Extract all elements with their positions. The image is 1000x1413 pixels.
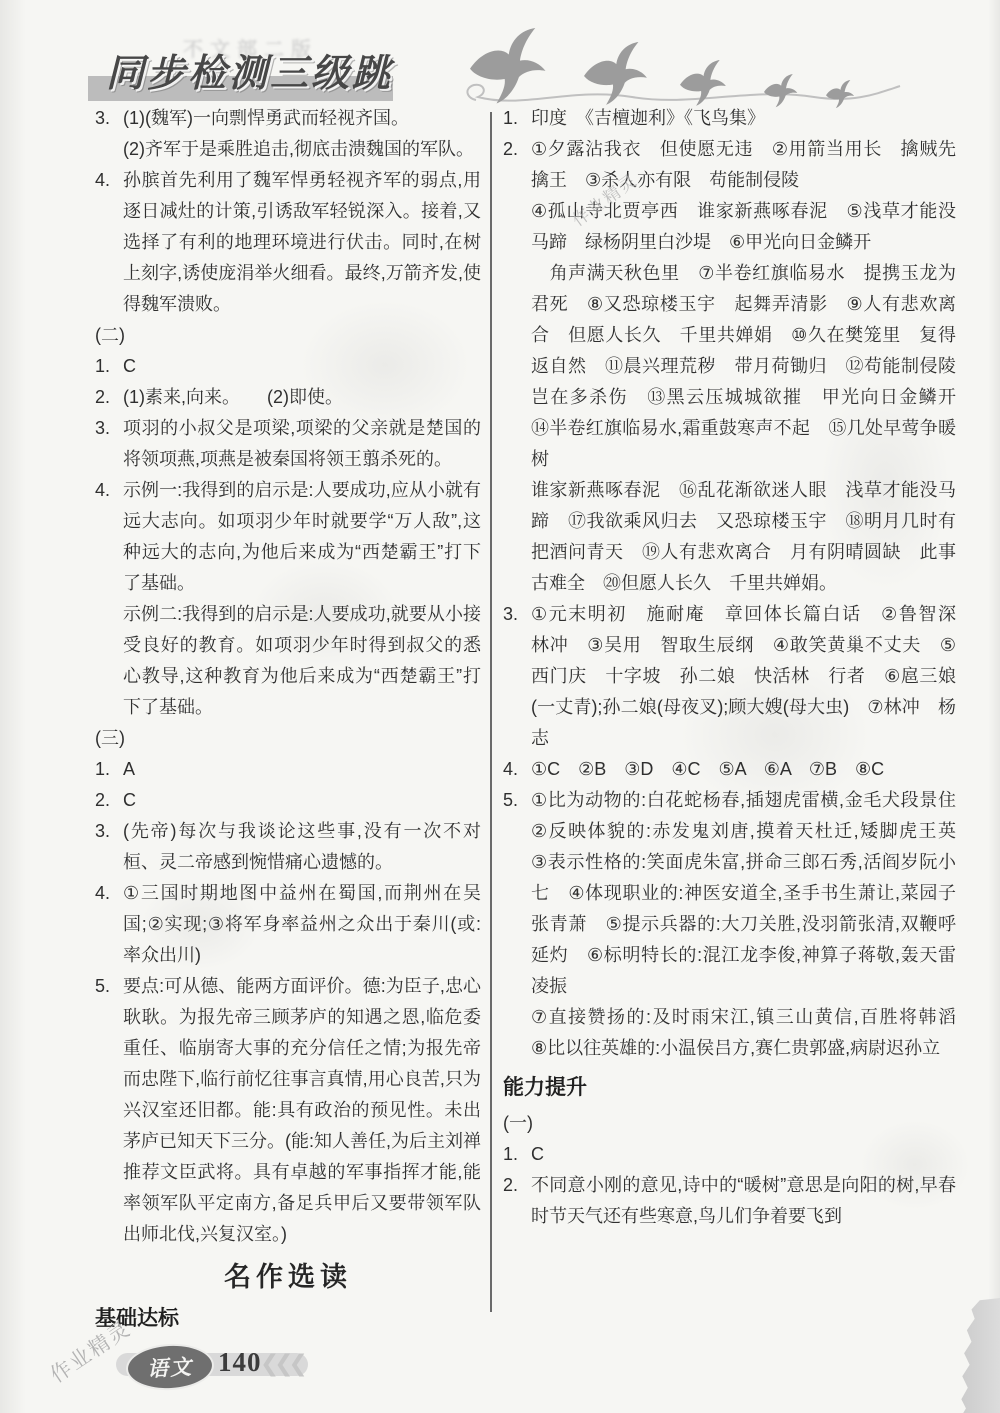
answer-body: A	[123, 754, 481, 785]
answer-body: 不同意小刚的意见,诗中的“暖树”意思是向阳的树,早春时节天气还有些寒意,鸟儿们争…	[531, 1170, 956, 1232]
answer-item: 1.C	[95, 351, 481, 382]
answer-item: 3.(先帝)每次与我谈论这些事,没有一次不对桓、灵二帝感到惋惜痛心遗憾的。	[95, 816, 481, 878]
item-number: 5.	[95, 971, 123, 1002]
answer-body: ①比为动物的:白花蛇杨春,插翅虎雷横,金毛犬段景住 ②反映体貌的:赤发鬼刘唐,摸…	[531, 785, 956, 1064]
answer-body: ①夕露沾我衣 但使愿无违 ②用箭当用长 擒贼先擒王 ③杀人亦有限 苟能制侵陵④孤…	[531, 134, 956, 599]
subsection-heading: 能力提升	[503, 1072, 956, 1103]
answer-text: C	[123, 785, 481, 816]
item-number: 4.	[95, 878, 123, 909]
item-number: 2.	[503, 134, 531, 165]
item-number: 3.	[95, 816, 123, 847]
answer-body: (1)素来,向来。 (2)即使。	[123, 382, 481, 413]
section-title: 名作选读	[95, 1262, 481, 1293]
answer-item: 3.(1)(魏军)一向剽悍勇武而轻视齐国。(2)齐军于是乘胜追击,彻底击溃魏国的…	[95, 103, 481, 165]
answer-text: 示例二:我得到的启示是:人要成功,就要从小接受良好的教育。如项羽少年时得到叔父的…	[123, 599, 481, 723]
column-divider	[490, 112, 492, 1312]
item-number: 4.	[95, 475, 123, 506]
item-number: 2.	[95, 382, 123, 413]
answer-item: 4.①三国时期地图中益州在蜀国,而荆州在吴国;②实现;③将军身率益州之众出于秦川…	[95, 878, 481, 971]
answer-item: 2.C	[95, 785, 481, 816]
answer-text: 项羽的小叔父是项梁,项梁的父亲就是楚国的将领项燕,项燕是被秦国将领王翦杀死的。	[123, 413, 481, 475]
workbook-answer-page: 不文部二版 同步检测三级跳 3.(1)(魏军)一向剽悍勇武而轻视齐国。(2)齐军…	[0, 0, 1000, 1413]
group-label: (二)	[95, 320, 481, 351]
answer-text: ①三国时期地图中益州在蜀国,而荆州在吴国;②实现;③将军身率益州之众出于秦川(或…	[123, 878, 481, 971]
answer-text: 要点:可从德、能两方面评价。德:为臣子,忠心耿耿。为报先帝三顾茅庐的知遇之恩,临…	[123, 971, 481, 1250]
group-label: (一)	[503, 1108, 956, 1139]
answer-item: 4.孙膑首先利用了魏军悍勇轻视齐军的弱点,用逐日减灶的计策,引诱敌军轻锐深入。接…	[95, 165, 481, 320]
answer-item: 3.①元末明初 施耐庵 章回体长篇白话 ②鲁智深 林冲 ③吴用 智取生辰纲 ④敢…	[503, 599, 956, 754]
answer-item: 3.项羽的小叔父是项梁,项梁的父亲就是楚国的将领项燕,项燕是被秦国将领王翦杀死的…	[95, 413, 481, 475]
answer-item: 2.①夕露沾我衣 但使愿无违 ②用箭当用长 擒贼先擒王 ③杀人亦有限 苟能制侵陵…	[503, 134, 956, 599]
chevrons-icon: ❮❮❮	[260, 1350, 303, 1377]
answer-body: 要点:可从德、能两方面评价。德:为臣子,忠心耿耿。为报先帝三顾茅庐的知遇之恩,临…	[123, 971, 481, 1250]
answer-text: C	[123, 351, 481, 382]
answer-item: 2.(1)素来,向来。 (2)即使。	[95, 382, 481, 413]
item-number: 5.	[503, 785, 531, 816]
answer-text: ①元末明初 施耐庵 章回体长篇白话 ②鲁智深 林冲 ③吴用 智取生辰纲 ④敢笑黄…	[531, 599, 956, 754]
answer-item: 5.①比为动物的:白花蛇杨春,插翅虎雷横,金毛犬段景住 ②反映体貌的:赤发鬼刘唐…	[503, 785, 956, 1064]
subject-badge-label: 语文	[146, 1351, 194, 1383]
answer-body: (1)(魏军)一向剽悍勇武而轻视齐国。(2)齐军于是乘胜追击,彻底击溃魏国的军队…	[123, 103, 481, 165]
answer-body: 示例一:我得到的启示是:人要成功,应从小就有远大志向。如项羽少年时就要学“万人敌…	[123, 475, 481, 723]
answer-body: 孙膑首先利用了魏军悍勇轻视齐军的弱点,用逐日减灶的计策,引诱敌军轻锐深入。接着,…	[123, 165, 481, 320]
answer-item: 1.A	[95, 754, 481, 785]
item-number: 2.	[503, 1170, 531, 1201]
page-number: 140	[218, 1347, 262, 1378]
subject-badge: 语文	[125, 1342, 215, 1393]
answer-text: (2)齐军于是乘胜追击,彻底击溃魏国的军队。	[123, 134, 481, 165]
answer-text: C	[531, 1139, 956, 1170]
answer-text: 孙膑首先利用了魏军悍勇轻视齐军的弱点,用逐日减灶的计策,引诱敌军轻锐深入。接着,…	[123, 165, 481, 320]
item-number: 3.	[95, 413, 123, 444]
answer-item: 5.要点:可从德、能两方面评价。德:为臣子,忠心耿耿。为报先帝三顾茅庐的知遇之恩…	[95, 971, 481, 1250]
item-number: 1.	[95, 351, 123, 382]
page-edge-shadow	[988, 0, 1000, 1413]
item-number: 4.	[95, 165, 123, 196]
left-column: 3.(1)(魏军)一向剽悍勇武而轻视齐国。(2)齐军于是乘胜追击,彻底击溃魏国的…	[95, 103, 481, 1339]
item-number: 1.	[95, 754, 123, 785]
answer-item: 2.不同意小刚的意见,诗中的“暖树”意思是向阳的树,早春时节天气还有些寒意,鸟儿…	[503, 1170, 956, 1232]
answer-body: (先帝)每次与我谈论这些事,没有一次不对桓、灵二帝感到惋惜痛心遗憾的。	[123, 816, 481, 878]
answer-text: 示例一:我得到的启示是:人要成功,应从小就有远大志向。如项羽少年时就要学“万人敌…	[123, 475, 481, 599]
page-title: 同步检测三级跳	[106, 42, 393, 97]
answer-text: ⑦直接赞扬的:及时雨宋江,镇三山黄信,百胜将韩滔 ⑧比以往英雄的:小温侯吕方,赛…	[531, 1002, 956, 1064]
answer-body: ①三国时期地图中益州在蜀国,而荆州在吴国;②实现;③将军身率益州之众出于秦川(或…	[123, 878, 481, 971]
answer-text: (1)(魏军)一向剽悍勇武而轻视齐国。	[123, 103, 481, 134]
binding-shadow	[0, 0, 26, 1413]
answer-body: C	[531, 1139, 956, 1170]
answer-text: (先帝)每次与我谈论这些事,没有一次不对桓、灵二帝感到惋惜痛心遗憾的。	[123, 816, 481, 878]
answer-text: (1)素来,向来。 (2)即使。	[123, 382, 481, 413]
answer-body: 项羽的小叔父是项梁,项梁的父亲就是楚国的将领项燕,项燕是被秦国将领王翦杀死的。	[123, 413, 481, 475]
answer-item: 4.示例一:我得到的启示是:人要成功,应从小就有远大志向。如项羽少年时就要学“万…	[95, 475, 481, 723]
answer-text: 不同意小刚的意见,诗中的“暖树”意思是向阳的树,早春时节天气还有些寒意,鸟儿们争…	[531, 1170, 956, 1232]
item-number: 2.	[95, 785, 123, 816]
answer-item: 4.①C ②B ③D ④C ⑤A ⑥A ⑦B ⑧C	[503, 754, 956, 785]
answer-text: ①比为动物的:白花蛇杨春,插翅虎雷横,金毛犬段景住 ②反映体貌的:赤发鬼刘唐,摸…	[531, 785, 956, 1002]
right-column: 1.印度 《吉檀迦利》《飞鸟集》2.①夕露沾我衣 但使愿无违 ②用箭当用长 擒贼…	[503, 103, 956, 1232]
answer-body: ①C ②B ③D ④C ⑤A ⑥A ⑦B ⑧C	[531, 754, 956, 785]
answer-text: ①夕露沾我衣 但使愿无违 ②用箭当用长 擒贼先擒王 ③杀人亦有限 苟能制侵陵	[531, 134, 956, 196]
flying-birds-decoration	[462, 22, 902, 118]
item-number: 3.	[503, 599, 531, 630]
answer-body: C	[123, 785, 481, 816]
subsection-heading: 基础达标	[95, 1303, 481, 1334]
answer-text: ④孤山寺北贾亭西 谁家新燕啄春泥 ⑤浅草才能没马蹄 绿杨阴里白沙堤 ⑥甲光向日金…	[531, 196, 956, 258]
item-number: 3.	[95, 103, 123, 134]
answer-text: A	[123, 754, 481, 785]
answer-text: 谁家新燕啄春泥 ⑯乱花渐欲迷人眼 浅草才能没马蹄 ⑰我欲乘风归去 又恐琼楼玉宇 …	[531, 475, 956, 599]
answer-body: ①元末明初 施耐庵 章回体长篇白话 ②鲁智深 林冲 ③吴用 智取生辰纲 ④敢笑黄…	[531, 599, 956, 754]
item-number: 4.	[503, 754, 531, 785]
answer-text: 角声满天秋色里 ⑦半卷红旗临易水 提携玉龙为君死 ⑧又恐琼楼玉宇 起舞弄清影 ⑨…	[531, 258, 956, 475]
item-number: 1.	[503, 1139, 531, 1170]
page-curl	[954, 1298, 1000, 1413]
answer-item: 1.C	[503, 1139, 956, 1170]
answer-body: C	[123, 351, 481, 382]
answer-text: ①C ②B ③D ④C ⑤A ⑥A ⑦B ⑧C	[531, 754, 956, 785]
group-label: (三)	[95, 723, 481, 754]
